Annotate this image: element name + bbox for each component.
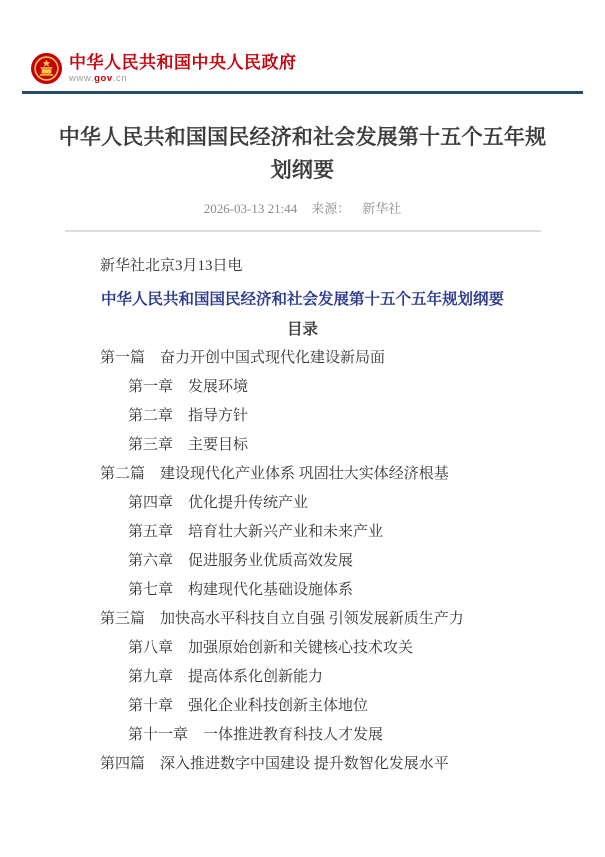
toc-entry-title: 发展环境 (188, 379, 248, 395)
toc-entry-title: 奋力开创中国式现代化建设新局面 (160, 350, 385, 366)
toc-entry-title: 加快高水平科技自立自强 引领发展新质生产力 (160, 611, 464, 627)
toc-entry: 第二篇建设现代化产业体系 巩固壮大实体经济根基 (0, 467, 605, 482)
toc-entry-title: 提高体系化创新能力 (188, 669, 323, 685)
toc-entry-label: 第十一章 (128, 727, 188, 743)
toc-entry: 第十章强化企业科技创新主体地位 (0, 699, 605, 714)
toc-entry-label: 第二章 (128, 408, 173, 424)
toc-entry-title: 加强原始创新和关键核心技术攻关 (188, 640, 413, 656)
site-url-cn: .cn (113, 73, 127, 84)
toc-entry-label: 第二篇 (100, 466, 145, 482)
toc-entry: 第三篇加快高水平科技自立自强 引领发展新质生产力 (0, 612, 605, 627)
page-title: 中华人民共和国国民经济和社会发展第十五个五年规划纲要 (59, 121, 547, 187)
site-url-www: www. (69, 73, 94, 84)
toc-entry-title: 促进服务业优质高效发展 (188, 553, 353, 569)
site-header: 中华人民共和国中央人民政府 www.gov.cn (0, 0, 605, 84)
toc-entry-label: 第六章 (128, 553, 173, 569)
header-divider (22, 91, 583, 94)
dateline: 新华社北京3月13日电 (0, 259, 605, 274)
toc-entry: 第九章提高体系化创新能力 (0, 670, 605, 685)
source-label: 来源： (311, 201, 350, 216)
toc-entry-title: 构建现代化基础设施体系 (188, 582, 353, 598)
toc-entry: 第四章优化提升传统产业 (0, 496, 605, 511)
publish-timestamp: 2026-03-13 21:44 (204, 201, 298, 216)
toc-entry-title: 培育壮大新兴产业和未来产业 (188, 524, 383, 540)
site-identity: 中华人民共和国中央人民政府 www.gov.cn (69, 54, 297, 84)
site-name[interactable]: 中华人民共和国中央人民政府 (69, 54, 297, 71)
toc-entry-label: 第五章 (128, 524, 173, 540)
toc-entry-title: 指导方针 (188, 408, 248, 424)
toc-entry-title: 主要目标 (188, 437, 248, 453)
toc-heading: 目录 (0, 322, 605, 338)
article-body: 新华社北京3月13日电 中华人民共和国国民经济和社会发展第十五个五年规划纲要 目… (0, 259, 605, 772)
toc-entry-title: 一体推进教育科技人才发展 (203, 727, 383, 743)
national-emblem-glyph (34, 56, 59, 81)
site-url-gov: gov (94, 73, 113, 84)
toc-entry: 第二章指导方针 (0, 409, 605, 424)
document-title: 中华人民共和国国民经济和社会发展第十五个五年规划纲要 (0, 292, 605, 308)
site-url[interactable]: www.gov.cn (69, 74, 297, 84)
toc-entry: 第八章加强原始创新和关键核心技术攻关 (0, 641, 605, 656)
toc-entry-label: 第一篇 (100, 350, 145, 366)
toc-entry-label: 第九章 (128, 669, 173, 685)
toc-entry-title: 深入推进数字中国建设 提升数智化发展水平 (160, 756, 449, 772)
toc-entry: 第六章促进服务业优质高效发展 (0, 554, 605, 569)
gov-cn-article-page: 中华人民共和国中央人民政府 www.gov.cn 中华人民共和国国民经济和社会发… (0, 0, 605, 857)
toc-entry: 第一章发展环境 (0, 380, 605, 395)
toc-entry-title: 强化企业科技创新主体地位 (188, 698, 368, 714)
toc-entry-label: 第四篇 (100, 756, 145, 772)
toc-entry-label: 第三章 (128, 437, 173, 453)
toc-entry: 第五章培育壮大新兴产业和未来产业 (0, 525, 605, 540)
toc-entry-label: 第八章 (128, 640, 173, 656)
article-meta: 2026-03-13 21:44来源：新华社 (0, 198, 605, 217)
source-value: 新华社 (362, 201, 401, 216)
toc-entry-label: 第三篇 (100, 611, 145, 627)
toc-entry: 第七章构建现代化基础设施体系 (0, 583, 605, 598)
national-emblem-icon[interactable] (31, 53, 62, 84)
toc-entry-label: 第一章 (128, 379, 173, 395)
toc-entry: 第一篇奋力开创中国式现代化建设新局面 (0, 351, 605, 366)
meta-divider (65, 230, 541, 232)
toc-entry-label: 第七章 (128, 582, 173, 598)
toc-entry: 第十一章一体推进教育科技人才发展 (0, 728, 605, 743)
toc-entry-title: 建设现代化产业体系 巩固壮大实体经济根基 (160, 466, 449, 482)
toc-entry-title: 优化提升传统产业 (188, 495, 308, 511)
toc-entry: 第三章主要目标 (0, 438, 605, 453)
toc-entry-label: 第四章 (128, 495, 173, 511)
toc-entry: 第四篇深入推进数字中国建设 提升数智化发展水平 (0, 757, 605, 772)
toc-entry-label: 第十章 (128, 698, 173, 714)
